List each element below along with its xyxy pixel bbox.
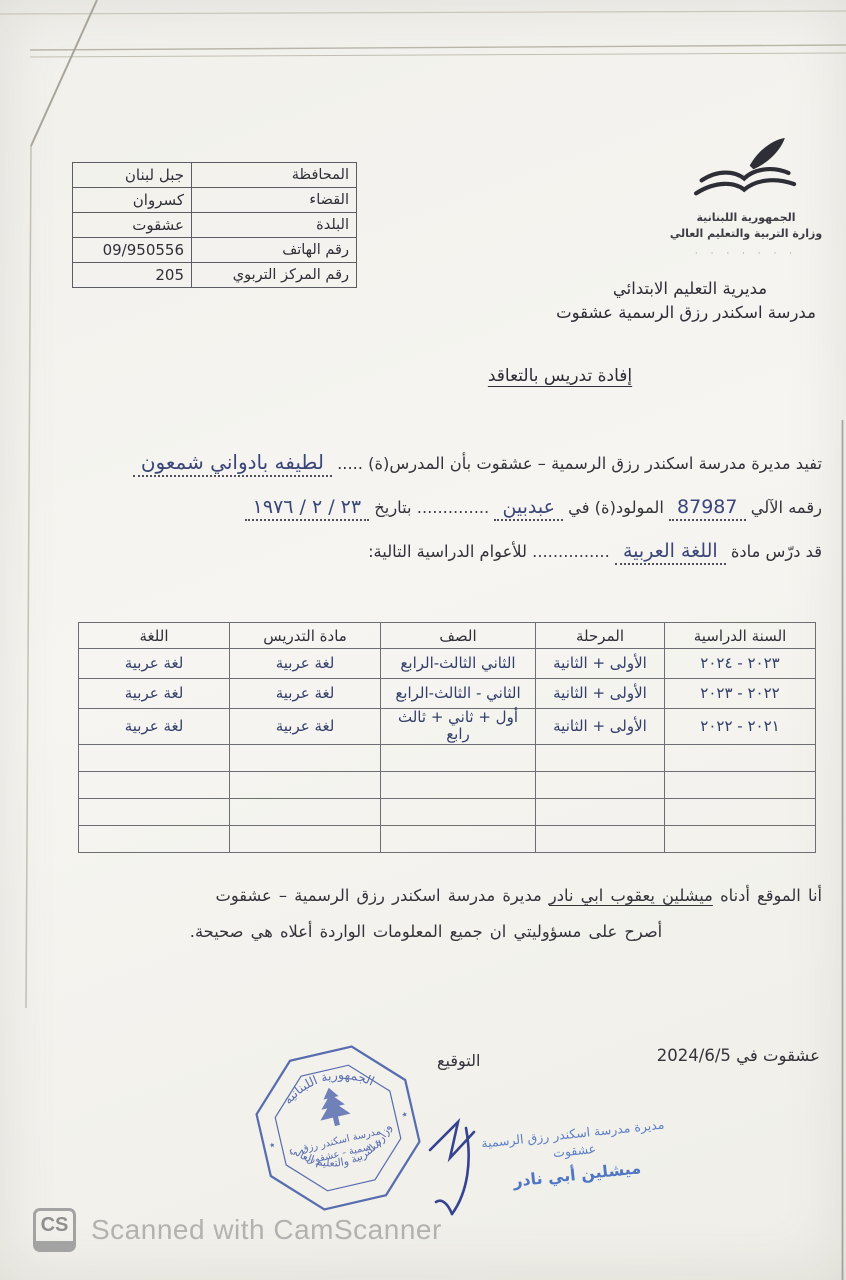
teach-cell: الأولى + الثانية (536, 679, 665, 709)
teach-empty-row (79, 798, 816, 825)
dotted-filler: .............. (417, 498, 489, 517)
info-value: عشقوت (73, 213, 192, 238)
teach-empty-cell (665, 798, 816, 825)
auto-number-label: رقمه الآلي (751, 498, 822, 517)
body-line1-print: تفيد مديرة مدرسة اسكندر رزق الرسمية – عش… (337, 454, 822, 473)
declaration-line-1: أنا الموقع أدناه ميشلين يعقوب ابي نادر م… (30, 886, 822, 905)
teach-empty-cell (79, 771, 230, 798)
teach-empty-cell (79, 744, 230, 771)
teach-empty-cell (381, 798, 536, 825)
teach-col-header: الصف (381, 623, 536, 649)
teach-cell: أول + ثاني + ثالث رابع (381, 709, 536, 745)
info-row: المحافظةجبل لبنان (73, 163, 357, 188)
info-label: البلدة (192, 213, 357, 238)
directorate-line: مديرية التعليم الابتدائي (540, 279, 840, 298)
info-label: المحافظة (192, 163, 357, 188)
scanned-document-page: المحافظةجبل لبنانالقضاءكسروانالبلدةعشقوت… (0, 0, 846, 1280)
teaching-years-table: السنة الدراسيةالمرحلةالصفمادة التدريسالل… (78, 622, 816, 853)
teach-empty-cell (230, 771, 381, 798)
teach-empty-row (79, 744, 816, 771)
dotted-filler-2: ............... (532, 542, 610, 561)
years-intro-label: للأعوام الدراسية التالية: (368, 542, 527, 561)
teach-empty-cell (665, 771, 816, 798)
teach-cell: لغة عربية (79, 679, 230, 709)
teach-empty-row (79, 825, 816, 852)
teach-cell: لغة عربية (79, 709, 230, 745)
info-row: رقم الهاتف09/950556 (73, 238, 357, 263)
teach-header-row: السنة الدراسيةالمرحلةالصفمادة التدريسالل… (79, 623, 816, 649)
teach-empty-cell (79, 798, 230, 825)
teach-empty-cell (381, 744, 536, 771)
camscanner-text: Scanned with CamScanner (91, 1214, 442, 1246)
info-value: جبل لبنان (73, 163, 192, 188)
teach-row: ٢٠٢١ - ٢٠٢٢الأولى + الثانيةأول + ثاني + … (79, 709, 816, 745)
camscanner-watermark: CS Scanned with CamScanner (33, 1208, 442, 1252)
info-label: رقم الهاتف (192, 238, 357, 263)
info-value: 09/950556 (73, 238, 192, 263)
teach-col-header: اللغة (79, 623, 230, 649)
school-name-line: مدرسة اسكندر رزق الرسمية عشقوت (532, 303, 840, 322)
teacher-name-handwritten: لطيفه بادواني شمعون (133, 450, 332, 477)
place-date: عشقوت في 2024/6/5 (657, 1046, 820, 1065)
teach-col-header: مادة التدريس (230, 623, 381, 649)
body-line-2: رقمه الآلي 87987 المولود(ة) في عبدبين ..… (40, 491, 822, 524)
teach-row: ٢٠٢٣ - ٢٠٢٤الأولى + الثانيةالثاني الثالث… (79, 649, 816, 679)
ministry-name: وزارة التربية والتعليم العالي (648, 227, 844, 240)
teach-empty-cell (536, 771, 665, 798)
info-row: البلدةعشقوت (73, 213, 357, 238)
info-label: القضاء (192, 188, 357, 213)
teach-empty-cell (230, 744, 381, 771)
teach-cell: ٢٠٢٣ - ٢٠٢٤ (665, 649, 816, 679)
teach-empty-cell (536, 798, 665, 825)
director-name-underlined: ميشلين يعقوب ابي نادر (549, 886, 713, 905)
teach-cell: الثاني الثالث-الرابع (381, 649, 536, 679)
teach-empty-cell (79, 825, 230, 852)
teach-empty-row (79, 771, 816, 798)
teach-body: ٢٠٢٣ - ٢٠٢٤الأولى + الثانيةالثاني الثالث… (79, 649, 816, 853)
info-table-body: المحافظةجبل لبنانالقضاءكسروانالبلدةعشقوت… (73, 163, 357, 288)
body-line-1: تفيد مديرة مدرسة اسكندر رزق الرسمية – عش… (40, 446, 822, 480)
info-row: القضاءكسروان (73, 188, 357, 213)
birthplace-handwritten: عبدبين (494, 496, 563, 521)
declaration-pre: أنا الموقع أدناه (720, 886, 822, 905)
octagonal-stamp-icon: الجمهورية اللبنانية وزارة التربية والتعل… (235, 1025, 441, 1231)
camscanner-icon: CS (33, 1208, 76, 1252)
teach-empty-cell (536, 744, 665, 771)
ministry-logo-block: الجمهورية اللبنانية وزارة التربية والتعل… (648, 136, 844, 259)
official-round-stamp: الجمهورية اللبنانية وزارة التربية والتعل… (235, 1025, 441, 1231)
teach-cell: لغة عربية (230, 679, 381, 709)
document-title: إفادة تدريس بالتعاقد (430, 366, 690, 386)
teach-empty-cell (230, 798, 381, 825)
teach-cell: ٢٠٢١ - ٢٠٢٢ (665, 709, 816, 745)
auto-number-handwritten: 87987 (669, 496, 745, 521)
school-info-table: المحافظةجبل لبنانالقضاءكسروانالبلدةعشقوت… (72, 162, 357, 288)
logo-dotted-line: · · · · · · · (648, 249, 844, 259)
body-paragraph: تفيد مديرة مدرسة اسكندر رزق الرسمية – عش… (40, 446, 822, 579)
signature-label: التوقيع (437, 1051, 480, 1070)
cedar-icon (314, 1084, 353, 1129)
birthdate-label: بتاريخ (374, 498, 411, 517)
teach-cell: ٢٠٢٢ - ٢٠٢٣ (665, 679, 816, 709)
teach-empty-cell (665, 825, 816, 852)
birthplace-label: المولود(ة) في (568, 498, 664, 517)
teach-empty-cell (381, 825, 536, 852)
teach-col-header: المرحلة (536, 623, 665, 649)
declaration-post: مديرة مدرسة اسكندر رزق الرسمية – عشقوت (216, 886, 542, 905)
stamp-star-left: ٭ (268, 1138, 277, 1152)
teach-empty-cell (665, 744, 816, 771)
teach-cell: لغة عربية (79, 649, 230, 679)
info-value: كسروان (73, 188, 192, 213)
ministry-book-bird-logo-icon (680, 136, 812, 210)
birthdate-handwritten: ٢٣ / ٢ / ١٩٧٦ (245, 496, 369, 521)
teach-cell: الأولى + الثانية (536, 709, 665, 745)
teach-col-header: السنة الدراسية (665, 623, 816, 649)
info-label: رقم المركز التربوي (192, 263, 357, 288)
stamp-star-right: ٭ (400, 1107, 409, 1121)
subject-handwritten: اللغة العربية (615, 540, 726, 565)
teach-empty-cell (381, 771, 536, 798)
declaration-paragraph: أنا الموقع أدناه ميشلين يعقوب ابي نادر م… (30, 886, 822, 941)
teach-empty-cell (230, 825, 381, 852)
teach-cell: لغة عربية (230, 709, 381, 745)
teach-row: ٢٠٢٢ - ٢٠٢٣الأولى + الثانيةالثاني - الثا… (79, 679, 816, 709)
teach-cell: الثاني - الثالث-الرابع (381, 679, 536, 709)
declaration-line-2: أصرح على مسؤوليتي ان جميع المعلومات الوا… (30, 922, 822, 941)
teach-cell: الأولى + الثانية (536, 649, 665, 679)
body-line-3: قد درّس مادة اللغة العربية .............… (40, 535, 822, 568)
info-row: رقم المركز التربوي205 (73, 263, 357, 288)
teach-cell: لغة عربية (230, 649, 381, 679)
republic-name: الجمهورية اللبنانية (648, 211, 844, 224)
subject-label: قد درّس مادة (731, 542, 822, 561)
teach-empty-cell (536, 825, 665, 852)
info-value: 205 (73, 263, 192, 288)
